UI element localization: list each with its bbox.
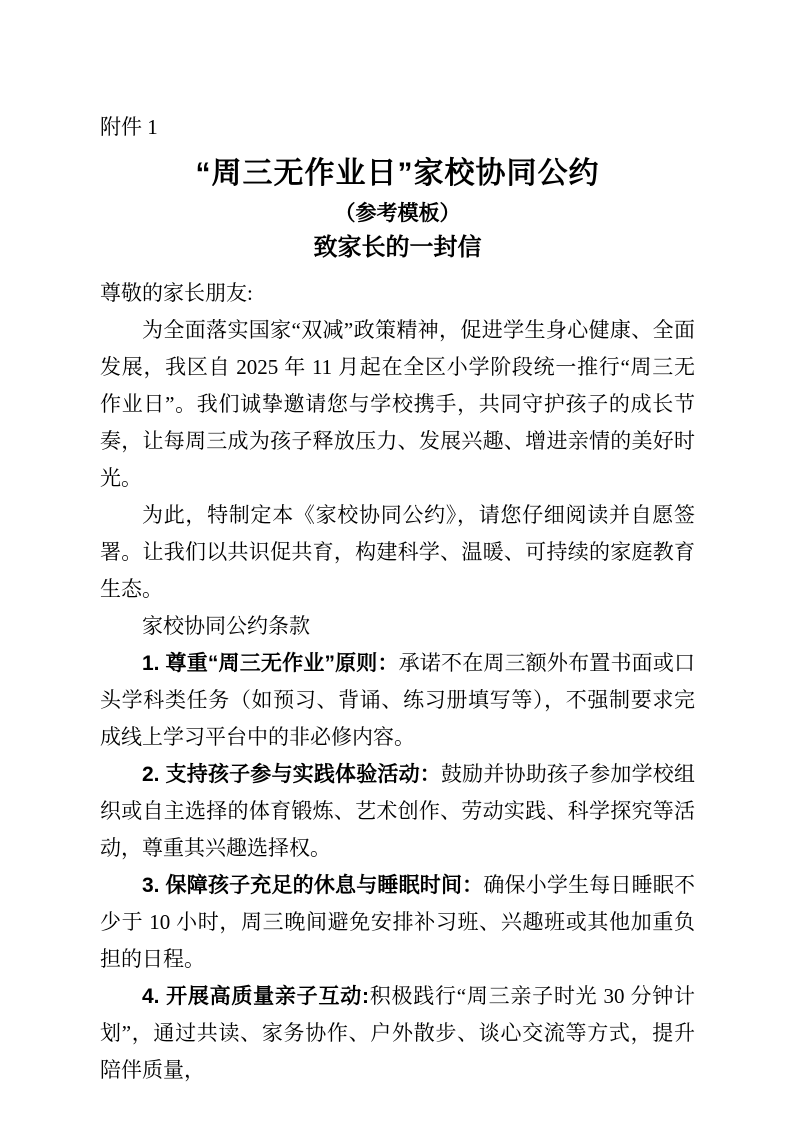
term-item-3: 3. 保障孩子充足的休息与睡眠时间：确保小学生每日睡眠不少于 10 小时，周三晚… — [100, 867, 695, 978]
document-subtitle: （参考模板） — [100, 196, 695, 230]
term-3-lead: 3. 保障孩子充足的休息与睡眠时间： — [142, 874, 483, 897]
terms-heading: 家校协同公约条款 — [100, 608, 695, 645]
document-title: “周三无作业日”家校协同公约 — [100, 152, 695, 196]
term-2-lead: 2. 支持孩子参与实践体验活动： — [142, 763, 441, 786]
term-item-4: 4. 开展高质量亲子互动:积极践行“周三亲子时光 30 分钟计划”，通过共读、家… — [100, 978, 695, 1089]
paragraph-purpose: 为此，特制定本《家校协同公约》，请您仔细阅读并自愿签署。让我们以共识促共育，构建… — [100, 497, 695, 608]
term-item-1: 1. 尊重“周三无作业”原则：承诺不在周三额外布置书面或口头学科类任务（如预习、… — [100, 645, 695, 756]
attachment-label: 附件 1 — [100, 112, 695, 142]
paragraph-intro: 为全面落实国家“双减”政策精神，促进学生身心健康、全面发展，我区自 2025 年… — [100, 312, 695, 497]
term-4-lead: 4. 开展高质量亲子互动: — [142, 985, 369, 1008]
term-1-lead: 1. 尊重“周三无作业”原则： — [142, 652, 399, 675]
term-item-2: 2. 支持孩子参与实践体验活动：鼓励并协助孩子参加学校组织或自主选择的体育锻炼、… — [100, 756, 695, 867]
letter-body: 尊敬的家长朋友: 为全面落实国家“双减”政策精神，促进学生身心健康、全面发展，我… — [100, 275, 695, 1089]
document-page: 附件 1 “周三无作业日”家校协同公约 （参考模板） 致家长的一封信 尊敬的家长… — [0, 0, 793, 1122]
salutation: 尊敬的家长朋友: — [100, 275, 695, 312]
letter-title: 致家长的一封信 — [100, 230, 695, 266]
